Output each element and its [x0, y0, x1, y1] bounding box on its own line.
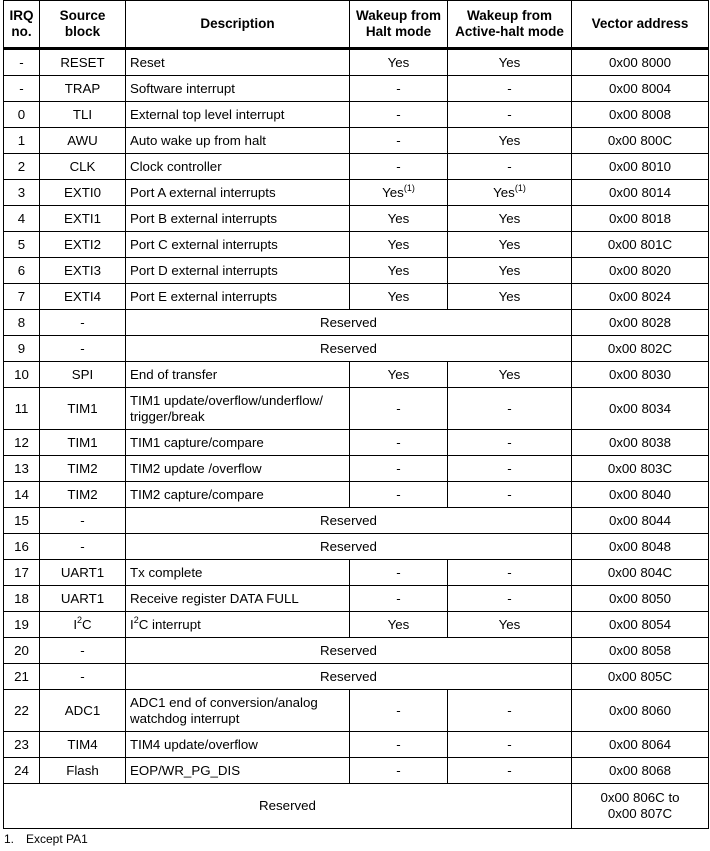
- description-cell: Auto wake up from halt: [126, 128, 350, 154]
- source-block-cell: UART1: [40, 560, 126, 586]
- wakeup-halt-cell: -: [350, 560, 448, 586]
- table-row: 19I2CI2C interruptYesYes0x00 8054: [4, 612, 709, 638]
- header-wakeup-active-halt: Wakeup fromActive-halt mode: [448, 1, 572, 49]
- source-block-cell: EXTI1: [40, 206, 126, 232]
- irq-number-cell: 1: [4, 128, 40, 154]
- footnote-text: Except PA1: [26, 832, 88, 846]
- irq-number-cell: 2: [4, 154, 40, 180]
- vector-address-cell: 0x00 8044: [572, 508, 709, 534]
- wakeup-halt-cell: Yes: [350, 362, 448, 388]
- vector-address-cell: 0x00 800C: [572, 128, 709, 154]
- irq-number-cell: 9: [4, 336, 40, 362]
- description-cell: TIM2 update /overflow: [126, 456, 350, 482]
- vector-address-cell: 0x00 8030: [572, 362, 709, 388]
- vector-address-cell: 0x00 803C: [572, 456, 709, 482]
- source-block-cell: ADC1: [40, 690, 126, 732]
- irq-number-cell: 14: [4, 482, 40, 508]
- table-row: -RESETResetYesYes0x00 8000: [4, 49, 709, 76]
- description-cell: Port E external interrupts: [126, 284, 350, 310]
- wakeup-active-halt-cell: -: [448, 388, 572, 430]
- irq-number-cell: 8: [4, 310, 40, 336]
- wakeup-halt-cell: -: [350, 690, 448, 732]
- wakeup-active-halt-cell: -: [448, 430, 572, 456]
- wakeup-active-halt-cell: -: [448, 154, 572, 180]
- wakeup-halt-cell: Yes: [350, 206, 448, 232]
- irq-number-cell: 22: [4, 690, 40, 732]
- footnote-number: 1.: [4, 832, 26, 846]
- source-block-cell: TIM2: [40, 482, 126, 508]
- source-block-cell: -: [40, 534, 126, 560]
- wakeup-halt-cell: -: [350, 388, 448, 430]
- source-block-cell: EXTI4: [40, 284, 126, 310]
- irq-number-cell: 17: [4, 560, 40, 586]
- wakeup-active-halt-cell: -: [448, 560, 572, 586]
- table-row: 13TIM2TIM2 update /overflow--0x00 803C: [4, 456, 709, 482]
- table-row: 17UART1Tx complete--0x00 804C: [4, 560, 709, 586]
- table-row-reserved: 9-Reserved0x00 802C: [4, 336, 709, 362]
- wakeup-active-halt-cell: Yes: [448, 49, 572, 76]
- irq-number-cell: 6: [4, 258, 40, 284]
- description-cell: Port A external interrupts: [126, 180, 350, 206]
- reserved-cell: Reserved: [4, 784, 572, 829]
- source-block-cell: -: [40, 310, 126, 336]
- irq-number-cell: -: [4, 76, 40, 102]
- wakeup-halt-cell: -: [350, 76, 448, 102]
- description-cell: TIM1 capture/compare: [126, 430, 350, 456]
- source-block-cell: -: [40, 664, 126, 690]
- description-cell: TIM2 capture/compare: [126, 482, 350, 508]
- irq-number-cell: 4: [4, 206, 40, 232]
- wakeup-active-halt-cell: -: [448, 102, 572, 128]
- wakeup-active-halt-cell: Yes: [448, 284, 572, 310]
- table-row: 5EXTI2Port C external interruptsYesYes0x…: [4, 232, 709, 258]
- table-row: 23TIM4TIM4 update/overflow--0x00 8064: [4, 732, 709, 758]
- header-irq-no: IRQno.: [4, 1, 40, 49]
- vector-address-cell: 0x00 8004: [572, 76, 709, 102]
- source-block-cell: TIM2: [40, 456, 126, 482]
- table-row: 14TIM2TIM2 capture/compare--0x00 8040: [4, 482, 709, 508]
- vector-address-cell: 0x00 8038: [572, 430, 709, 456]
- table-row: 3EXTI0Port A external interruptsYes(1)Ye…: [4, 180, 709, 206]
- wakeup-halt-cell: Yes: [350, 284, 448, 310]
- description-cell: Port B external interrupts: [126, 206, 350, 232]
- source-block-cell: AWU: [40, 128, 126, 154]
- header-source-block: Sourceblock: [40, 1, 126, 49]
- vector-address-cell: 0x00 804C: [572, 560, 709, 586]
- vector-address-cell: 0x00 8064: [572, 732, 709, 758]
- wakeup-halt-cell: Yes: [350, 612, 448, 638]
- vector-address-cell: 0x00 801C: [572, 232, 709, 258]
- reserved-cell: Reserved: [126, 664, 572, 690]
- wakeup-halt-cell: -: [350, 482, 448, 508]
- source-block-cell: TIM1: [40, 388, 126, 430]
- source-block-cell: -: [40, 508, 126, 534]
- header-vector-address: Vector address: [572, 1, 709, 49]
- description-cell: Software interrupt: [126, 76, 350, 102]
- table-row: 1AWUAuto wake up from halt-Yes0x00 800C: [4, 128, 709, 154]
- vector-address-cell: 0x00 8034: [572, 388, 709, 430]
- irq-number-cell: 10: [4, 362, 40, 388]
- table-row: 18UART1Receive register DATA FULL--0x00 …: [4, 586, 709, 612]
- vector-address-cell: 0x00 8048: [572, 534, 709, 560]
- source-block-cell: RESET: [40, 49, 126, 76]
- irq-number-cell: 16: [4, 534, 40, 560]
- vector-address-cell: 0x00 8008: [572, 102, 709, 128]
- reserved-cell: Reserved: [126, 638, 572, 664]
- wakeup-halt-cell: Yes: [350, 49, 448, 76]
- wakeup-halt-cell: -: [350, 154, 448, 180]
- wakeup-active-halt-cell: Yes: [448, 258, 572, 284]
- vector-address-cell: 0x00 8010: [572, 154, 709, 180]
- wakeup-halt-cell: -: [350, 732, 448, 758]
- table-header-row: IRQno. Sourceblock Description Wakeup fr…: [4, 1, 709, 49]
- description-cell: TIM1 update/overflow/underflow/trigger/b…: [126, 388, 350, 430]
- source-block-cell: TIM4: [40, 732, 126, 758]
- table-row: 24FlashEOP/WR_PG_DIS--0x00 8068: [4, 758, 709, 784]
- table-row-reserved: 16-Reserved0x00 8048: [4, 534, 709, 560]
- irq-number-cell: 20: [4, 638, 40, 664]
- wakeup-halt-cell: -: [350, 430, 448, 456]
- vector-address-cell: 0x00 802C: [572, 336, 709, 362]
- source-block-cell: TLI: [40, 102, 126, 128]
- irq-number-cell: 12: [4, 430, 40, 456]
- table-row: -TRAPSoftware interrupt--0x00 8004: [4, 76, 709, 102]
- source-block-cell: SPI: [40, 362, 126, 388]
- irq-number-cell: 0: [4, 102, 40, 128]
- irq-number-cell: 18: [4, 586, 40, 612]
- source-block-cell: EXTI3: [40, 258, 126, 284]
- vector-address-cell: 0x00 8040: [572, 482, 709, 508]
- wakeup-halt-cell: -: [350, 586, 448, 612]
- description-cell: External top level interrupt: [126, 102, 350, 128]
- table-row-reserved: 15-Reserved0x00 8044: [4, 508, 709, 534]
- reserved-cell: Reserved: [126, 310, 572, 336]
- irq-number-cell: 23: [4, 732, 40, 758]
- table-row: 22ADC1ADC1 end of conversion/analogwatch…: [4, 690, 709, 732]
- irq-number-cell: -: [4, 49, 40, 76]
- vector-address-cell: 0x00 8058: [572, 638, 709, 664]
- wakeup-active-halt-cell: -: [448, 76, 572, 102]
- description-cell: ADC1 end of conversion/analogwatchdog in…: [126, 690, 350, 732]
- description-cell: Reset: [126, 49, 350, 76]
- source-block-cell: EXTI0: [40, 180, 126, 206]
- wakeup-halt-cell: -: [350, 102, 448, 128]
- table-row: 12TIM1TIM1 capture/compare--0x00 8038: [4, 430, 709, 456]
- table-row-reserved: 20-Reserved0x00 8058: [4, 638, 709, 664]
- source-block-cell: -: [40, 638, 126, 664]
- table-row-reserved: 8-Reserved0x00 8028: [4, 310, 709, 336]
- interrupt-vector-table: IRQno. Sourceblock Description Wakeup fr…: [3, 0, 709, 829]
- wakeup-active-halt-cell: Yes: [448, 612, 572, 638]
- vector-address-cell: 0x00 805C: [572, 664, 709, 690]
- vector-address-cell: 0x00 8054: [572, 612, 709, 638]
- vector-address-cell: 0x00 806C to0x00 807C: [572, 784, 709, 829]
- vector-address-cell: 0x00 8018: [572, 206, 709, 232]
- wakeup-active-halt-cell: Yes: [448, 206, 572, 232]
- source-block-cell: TRAP: [40, 76, 126, 102]
- description-cell: I2C interrupt: [126, 612, 350, 638]
- reserved-cell: Reserved: [126, 336, 572, 362]
- irq-number-cell: 15: [4, 508, 40, 534]
- wakeup-active-halt-cell: -: [448, 482, 572, 508]
- irq-number-cell: 7: [4, 284, 40, 310]
- wakeup-active-halt-cell: -: [448, 456, 572, 482]
- table-row: 11TIM1TIM1 update/overflow/underflow/tri…: [4, 388, 709, 430]
- vector-address-cell: 0x00 8060: [572, 690, 709, 732]
- reserved-cell: Reserved: [126, 508, 572, 534]
- wakeup-halt-cell: -: [350, 758, 448, 784]
- wakeup-halt-cell: Yes(1): [350, 180, 448, 206]
- table-row: 0TLIExternal top level interrupt--0x00 8…: [4, 102, 709, 128]
- header-wakeup-halt: Wakeup fromHalt mode: [350, 1, 448, 49]
- vector-address-cell: 0x00 8014: [572, 180, 709, 206]
- description-cell: Port D external interrupts: [126, 258, 350, 284]
- irq-number-cell: 19: [4, 612, 40, 638]
- footnote: 1.Except PA1: [4, 832, 88, 846]
- source-block-cell: Flash: [40, 758, 126, 784]
- description-cell: Receive register DATA FULL: [126, 586, 350, 612]
- vector-address-cell: 0x00 8050: [572, 586, 709, 612]
- source-block-cell: I2C: [40, 612, 126, 638]
- irq-number-cell: 13: [4, 456, 40, 482]
- description-cell: Clock controller: [126, 154, 350, 180]
- source-block-cell: -: [40, 336, 126, 362]
- description-cell: Port C external interrupts: [126, 232, 350, 258]
- wakeup-halt-cell: Yes: [350, 232, 448, 258]
- vector-address-cell: 0x00 8028: [572, 310, 709, 336]
- table-row: 6EXTI3Port D external interruptsYesYes0x…: [4, 258, 709, 284]
- source-block-cell: UART1: [40, 586, 126, 612]
- wakeup-active-halt-cell: Yes: [448, 232, 572, 258]
- vector-address-cell: 0x00 8020: [572, 258, 709, 284]
- vector-address-cell: 0x00 8000: [572, 49, 709, 76]
- table-row: 2CLKClock controller--0x00 8010: [4, 154, 709, 180]
- table-row-reserved: 21-Reserved0x00 805C: [4, 664, 709, 690]
- wakeup-halt-cell: -: [350, 456, 448, 482]
- wakeup-halt-cell: Yes: [350, 258, 448, 284]
- source-block-cell: CLK: [40, 154, 126, 180]
- description-cell: Tx complete: [126, 560, 350, 586]
- wakeup-halt-cell: -: [350, 128, 448, 154]
- irq-number-cell: 24: [4, 758, 40, 784]
- header-description: Description: [126, 1, 350, 49]
- wakeup-active-halt-cell: -: [448, 758, 572, 784]
- vector-address-cell: 0x00 8068: [572, 758, 709, 784]
- table-row: 4EXTI1Port B external interruptsYesYes0x…: [4, 206, 709, 232]
- source-block-cell: TIM1: [40, 430, 126, 456]
- source-block-cell: EXTI2: [40, 232, 126, 258]
- wakeup-active-halt-cell: Yes: [448, 128, 572, 154]
- table-row: 10SPIEnd of transferYesYes0x00 8030: [4, 362, 709, 388]
- wakeup-active-halt-cell: -: [448, 732, 572, 758]
- irq-number-cell: 3: [4, 180, 40, 206]
- reserved-cell: Reserved: [126, 534, 572, 560]
- irq-number-cell: 21: [4, 664, 40, 690]
- wakeup-active-halt-cell: Yes: [448, 362, 572, 388]
- vector-address-cell: 0x00 8024: [572, 284, 709, 310]
- table-row-reserved-range: Reserved0x00 806C to0x00 807C: [4, 784, 709, 829]
- wakeup-active-halt-cell: -: [448, 586, 572, 612]
- wakeup-active-halt-cell: -: [448, 690, 572, 732]
- irq-number-cell: 11: [4, 388, 40, 430]
- irq-number-cell: 5: [4, 232, 40, 258]
- description-cell: EOP/WR_PG_DIS: [126, 758, 350, 784]
- wakeup-active-halt-cell: Yes(1): [448, 180, 572, 206]
- description-cell: End of transfer: [126, 362, 350, 388]
- table-row: 7EXTI4Port E external interruptsYesYes0x…: [4, 284, 709, 310]
- description-cell: TIM4 update/overflow: [126, 732, 350, 758]
